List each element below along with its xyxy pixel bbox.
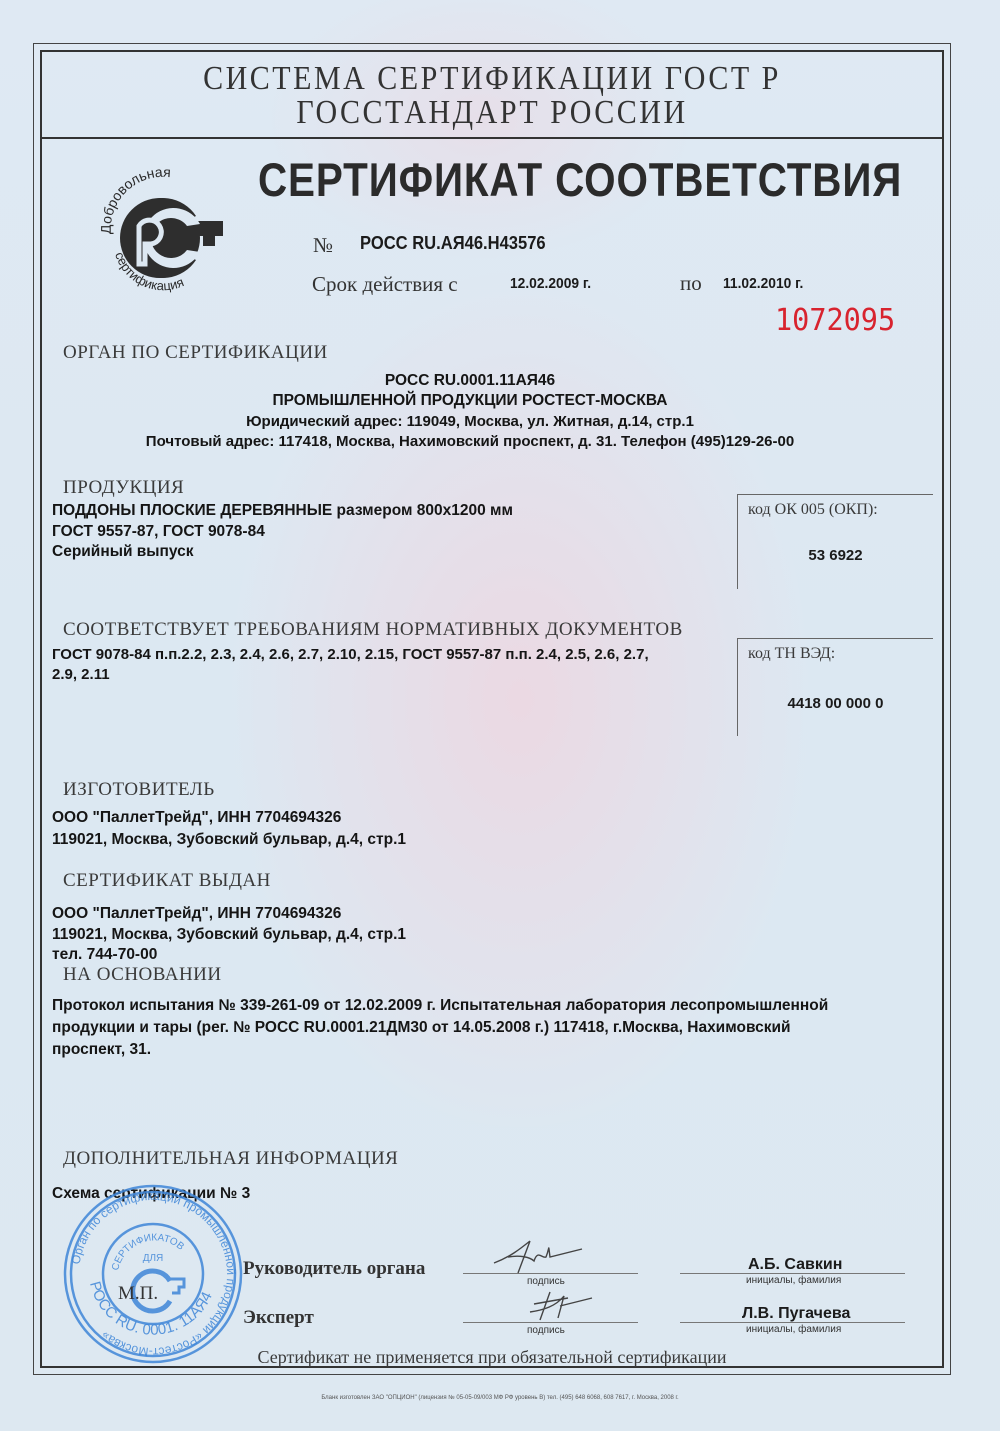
header-divider	[40, 137, 944, 139]
product-heading: ПРОДУКЦИЯ	[63, 477, 184, 499]
manufacturer-line2: 119021, Москва, Зубовский бульвар, д.4, …	[52, 831, 406, 849]
issued-to-line2: 119021, Москва, Зубовский бульвар, д.4, …	[52, 926, 406, 944]
product-line3: Серийный выпуск	[52, 543, 194, 561]
cert-body-line: Почтовый адрес: 117418, Москва, Нахимовс…	[0, 433, 940, 450]
stamp-inner-top: ДЛЯ	[143, 1253, 164, 1264]
compliance-line1: ГОСТ 9078-84 п.п.2.2, 2.3, 2.4, 2.6, 2.7…	[52, 646, 649, 663]
basis-line3: проспект, 31.	[52, 1041, 151, 1059]
cert-body-line: РОСС RU.0001.11АЯ46	[0, 372, 940, 390]
basis-line2: продукции и тары (рег. № РОСС RU.0001.21…	[52, 1019, 791, 1037]
tnved-code-box: код ТН ВЭД: 4418 00 000 0	[737, 638, 933, 736]
stamp-place-label: М.П.	[118, 1283, 158, 1305]
tnved-code: 4418 00 000 0	[738, 695, 933, 712]
head-name-caption: инициалы, фамилия	[746, 1275, 841, 1286]
head-label: Руководитель органа	[243, 1258, 425, 1280]
system-title-line1: СИСТЕМА СЕРТИФИКАЦИИ ГОСТ Р	[0, 60, 984, 98]
printer-note: Бланк изготовлен ЗАО "ОПЦИОН" (лицензия …	[0, 1395, 1000, 1401]
head-name: А.Б. Савкин	[748, 1256, 842, 1274]
footer-note: Сертификат не применяется при обязательн…	[0, 1347, 984, 1368]
compliance-heading: СООТВЕТСТВУЕТ ТРЕБОВАНИЯМ НОРМАТИВНЫХ ДО…	[63, 619, 683, 641]
system-title-line2: ГОССТАНДАРТ РОССИИ	[0, 94, 984, 132]
okp-code-box: код ОК 005 (ОКП): 53 6922	[737, 494, 933, 589]
number-label: №	[313, 233, 333, 258]
serial-number: 1072095	[775, 303, 895, 338]
head-signature-icon	[490, 1235, 590, 1275]
okp-label: код ОК 005 (ОКП):	[748, 501, 878, 519]
rst-logo-icon: Добровольная сертификация	[97, 168, 227, 293]
cert-body-line: ПРОМЫШЛЕННОЙ ПРОДУКЦИИ РОСТЕСТ-МОСКВА	[0, 392, 940, 410]
certificate-title: СЕРТИФИКАТ СООТВЕТСТВИЯ	[258, 152, 902, 207]
cert-body-line: Юридический адрес: 119049, Москва, ул. Ж…	[0, 413, 940, 430]
valid-to: 11.02.2010 г.	[723, 275, 803, 292]
issued-to-line1: ООО "ПаллетТрейд", ИНН 7704694326	[52, 905, 341, 923]
expert-signature-icon	[520, 1288, 600, 1324]
valid-from: 12.02.2009 г.	[510, 275, 591, 292]
product-line2: ГОСТ 9557-87, ГОСТ 9078-84	[52, 523, 265, 541]
expert-name: Л.В. Пугачева	[742, 1305, 850, 1323]
okp-code: 53 6922	[738, 547, 933, 564]
product-line1: ПОДДОНЫ ПЛОСКИЕ ДЕРЕВЯННЫЕ размером 800х…	[52, 502, 513, 520]
manufacturer-line1: ООО "ПаллетТрейд", ИНН 7704694326	[52, 809, 341, 827]
certificate-number: РОСС RU.АЯ46.Н43576	[360, 233, 546, 254]
issued-to-heading: СЕРТИФИКАТ ВЫДАН	[63, 870, 271, 892]
certification-body-heading: ОРГАН ПО СЕРТИФИКАЦИИ	[63, 342, 328, 364]
basis-line1: Протокол испытания № 339-261-09 от 12.02…	[52, 997, 828, 1015]
seal-stamp-icon: Орган по сертификации промышленной проду…	[62, 1183, 244, 1365]
issued-to-line3: тел. 744-70-00	[52, 946, 157, 964]
expert-name-caption: инициалы, фамилия	[746, 1324, 841, 1335]
head-signature-caption: подпись	[527, 1276, 565, 1287]
manufacturer-heading: ИЗГОТОВИТЕЛЬ	[63, 779, 215, 801]
expert-label: Эксперт	[243, 1307, 314, 1329]
compliance-line2: 2.9, 2.11	[52, 666, 110, 683]
validity-label: Срок действия с	[312, 272, 458, 297]
expert-signature-caption: подпись	[527, 1325, 565, 1336]
additional-heading: ДОПОЛНИТЕЛЬНАЯ ИНФОРМАЦИЯ	[63, 1148, 398, 1170]
tnved-label: код ТН ВЭД:	[748, 645, 835, 663]
valid-to-label: по	[680, 271, 702, 296]
basis-heading: НА ОСНОВАНИИ	[63, 964, 222, 986]
